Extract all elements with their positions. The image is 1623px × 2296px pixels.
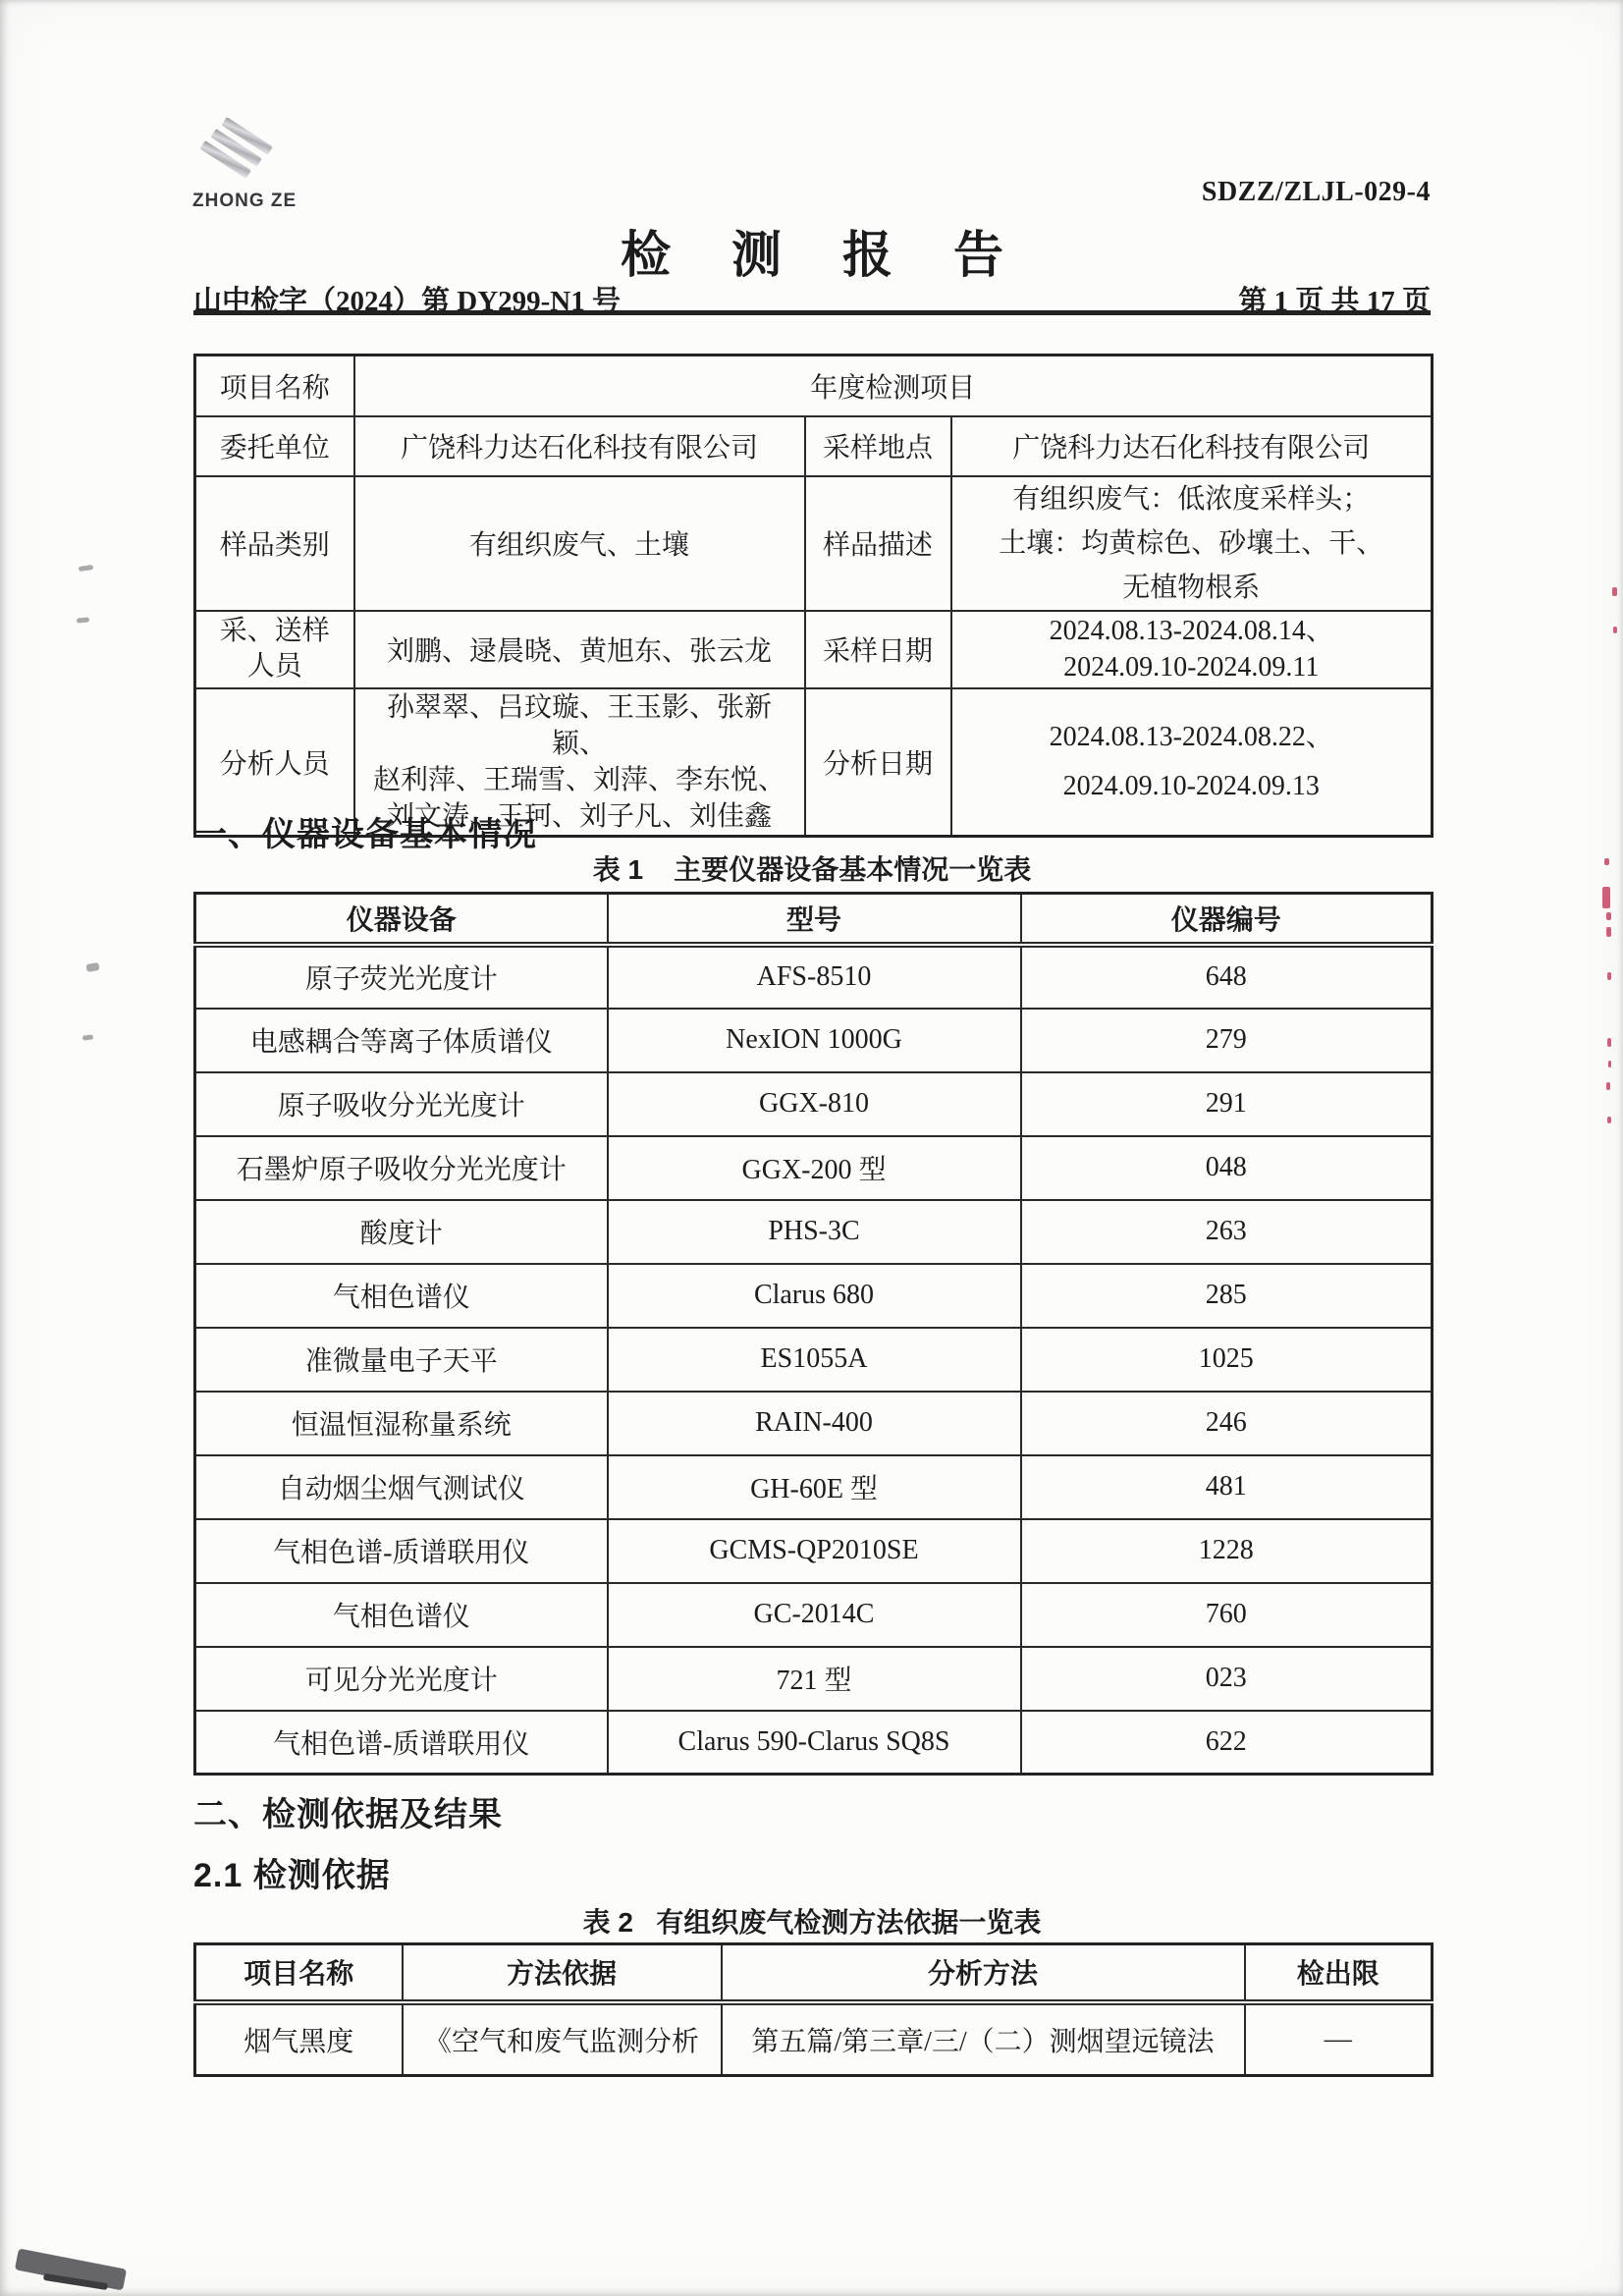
table-header-row: 仪器设备 型号 仪器编号 xyxy=(195,894,1433,945)
instrument-model: NexION 1000G xyxy=(608,1009,1021,1072)
instrument-name: 气相色谱仪 xyxy=(195,1583,608,1647)
info-value: 2024.08.13-2024.08.22、 2024.09.10-2024.0… xyxy=(951,688,1433,837)
table-row: 委托单位 广饶科力达石化科技有限公司 采样地点 广饶科力达石化科技有限公司 xyxy=(195,416,1433,476)
table-row: 准微量电子天平ES1055A1025 xyxy=(195,1328,1433,1392)
info-label: 分析日期 xyxy=(805,688,951,837)
red-stamp-mark xyxy=(1607,972,1611,980)
instrument-model: Clarus 680 xyxy=(608,1264,1021,1328)
instrument-name: 恒温恒湿称量系统 xyxy=(195,1392,608,1455)
table-row: 气相色谱-质谱联用仪Clarus 590-Clarus SQ8S622 xyxy=(195,1711,1433,1775)
instrument-model: GGX-810 xyxy=(608,1072,1021,1136)
instrument-name: 准微量电子天平 xyxy=(195,1328,608,1392)
scan-speck xyxy=(82,1034,93,1040)
parameter-name: 烟气黑度 xyxy=(195,2002,403,2076)
info-value: 有组织废气：低浓度采样头； 土壤：均黄棕色、砂壤土、干、 无植物根系 xyxy=(951,476,1433,611)
table-header-row: 项目名称 方法依据 分析方法 检出限 xyxy=(195,1944,1433,2002)
method-table: 项目名称 方法依据 分析方法 检出限 烟气黑度 《空气和废气监测分析 第五篇/第… xyxy=(193,1942,1434,2077)
info-value: 广饶科力达石化科技有限公司 xyxy=(354,416,805,476)
instrument-id: 1228 xyxy=(1021,1519,1433,1583)
instrument-id: 285 xyxy=(1021,1264,1433,1328)
instrument-name: 原子荧光光度计 xyxy=(195,945,608,1009)
instrument-model: GGX-200 型 xyxy=(608,1136,1021,1200)
table-row: 电感耦合等离子体质谱仪NexION 1000G279 xyxy=(195,1009,1433,1072)
table1-caption: 表 1 主要仪器设备基本情况一览表 xyxy=(193,848,1431,888)
instrument-model: AFS-8510 xyxy=(608,945,1021,1009)
info-value: 广饶科力达石化科技有限公司 xyxy=(951,416,1433,476)
info-label: 委托单位 xyxy=(195,416,354,476)
instrument-name: 气相色谱-质谱联用仪 xyxy=(195,1519,608,1583)
instrument-id: 1025 xyxy=(1021,1328,1433,1392)
table-row: 酸度计PHS-3C263 xyxy=(195,1200,1433,1264)
table-row: 原子吸收分光光度计GGX-810291 xyxy=(195,1072,1433,1136)
scan-speck xyxy=(77,617,89,623)
scan-speck xyxy=(79,565,94,572)
red-stamp-mark xyxy=(1607,1038,1611,1047)
instrument-model: PHS-3C xyxy=(608,1200,1021,1264)
table-row: 项目名称 年度检测项目 xyxy=(195,355,1433,416)
header-divider xyxy=(193,310,1431,315)
instrument-name: 酸度计 xyxy=(195,1200,608,1264)
red-stamp-mark xyxy=(1606,927,1611,937)
instrument-id: 048 xyxy=(1021,1136,1433,1200)
instrument-name: 气相色谱-质谱联用仪 xyxy=(195,1711,608,1775)
report-title: 检测报告 xyxy=(193,214,1431,287)
instrument-name: 石墨炉原子吸收分光光度计 xyxy=(195,1136,608,1200)
instrument-id: 622 xyxy=(1021,1711,1433,1775)
detection-limit: — xyxy=(1245,2002,1433,2076)
red-stamp-mark xyxy=(1613,627,1617,633)
table-row: 恒温恒湿称量系统RAIN-400246 xyxy=(195,1392,1433,1455)
instrument-model: Clarus 590-Clarus SQ8S xyxy=(608,1711,1021,1775)
instrument-id: 760 xyxy=(1021,1583,1433,1647)
instrument-id: 481 xyxy=(1021,1455,1433,1519)
red-stamp-mark xyxy=(1606,1082,1610,1090)
table-row: 烟气黑度 《空气和废气监测分析 第五篇/第三章/三/（二）测烟望远镜法 — xyxy=(195,2002,1433,2076)
instrument-name: 气相色谱仪 xyxy=(195,1264,608,1328)
instrument-name: 可见分光光度计 xyxy=(195,1647,608,1711)
table-row: 自动烟尘烟气测试仪GH-60E 型481 xyxy=(195,1455,1433,1519)
info-label: 项目名称 xyxy=(195,355,354,416)
report-page: ZHONG ZE SDZZ/ZLJL-029-4 检测报告 山中检字（2024）… xyxy=(0,0,1623,2296)
info-label: 样品类别 xyxy=(195,476,354,611)
instrument-model: GC-2014C xyxy=(608,1583,1021,1647)
table-row: 气相色谱仪GC-2014C760 xyxy=(195,1583,1433,1647)
instrument-id: 023 xyxy=(1021,1647,1433,1711)
info-value: 2024.08.13-2024.08.14、 2024.09.10-2024.0… xyxy=(951,611,1433,688)
red-stamp-mark xyxy=(1604,858,1609,865)
instrument-id: 291 xyxy=(1021,1072,1433,1136)
info-label: 样品描述 xyxy=(805,476,951,611)
info-label: 采样日期 xyxy=(805,611,951,688)
instrument-model: RAIN-400 xyxy=(608,1392,1021,1455)
table-row: 可见分光光度计721 型023 xyxy=(195,1647,1433,1711)
info-label: 采样地点 xyxy=(805,416,951,476)
subsection-heading-basis: 2.1 检测依据 xyxy=(193,1848,391,1896)
instrument-id: 648 xyxy=(1021,945,1433,1009)
instrument-id: 263 xyxy=(1021,1200,1433,1264)
section-heading-methods: 二、检测依据及结果 xyxy=(193,1787,503,1835)
sample-info-table: 项目名称 年度检测项目 委托单位 广饶科力达石化科技有限公司 采样地点 广饶科力… xyxy=(193,354,1434,838)
table2-caption: 表 2 有组织废气检测方法依据一览表 xyxy=(193,1901,1431,1941)
table-row: 气相色谱-质谱联用仪GCMS-QP2010SE1228 xyxy=(195,1519,1433,1583)
table-row: 采、送样 人员 刘鹏、逯晨晓、黄旭东、张云龙 采样日期 2024.08.13-2… xyxy=(195,611,1433,688)
instrument-model: GH-60E 型 xyxy=(608,1455,1021,1519)
column-header: 仪器设备 xyxy=(195,894,608,945)
instrument-id: 246 xyxy=(1021,1392,1433,1455)
instrument-name: 电感耦合等离子体质谱仪 xyxy=(195,1009,608,1072)
red-stamp-mark xyxy=(1608,1061,1611,1067)
instrument-table: 仪器设备 型号 仪器编号 原子荧光光度计AFS-8510648 电感耦合等离子体… xyxy=(193,892,1434,1776)
column-header: 方法依据 xyxy=(403,1944,722,2002)
info-value: 有组织废气、土壤 xyxy=(354,476,805,611)
scan-speck xyxy=(85,962,99,972)
document-code: SDZZ/ZLJL-029-4 xyxy=(1202,177,1431,208)
instrument-name: 原子吸收分光光度计 xyxy=(195,1072,608,1136)
column-header: 项目名称 xyxy=(195,1944,403,2002)
table-row: 石墨炉原子吸收分光光度计GGX-200 型048 xyxy=(195,1136,1433,1200)
column-header: 检出限 xyxy=(1245,1944,1433,2002)
info-value: 年度检测项目 xyxy=(354,355,1433,416)
column-header: 仪器编号 xyxy=(1021,894,1433,945)
column-header: 分析方法 xyxy=(722,1944,1245,2002)
instrument-name: 自动烟尘烟气测试仪 xyxy=(195,1455,608,1519)
instrument-model: GCMS-QP2010SE xyxy=(608,1519,1021,1583)
table-row: 原子荧光光度计AFS-8510648 xyxy=(195,945,1433,1009)
analysis-method: 第五篇/第三章/三/（二）测烟望远镜法 xyxy=(722,2002,1245,2076)
info-label: 采、送样 人员 xyxy=(195,611,354,688)
logo-wordmark: ZHONG ZE xyxy=(192,191,291,212)
red-stamp-mark xyxy=(1612,587,1617,596)
company-logo: ZHONG ZE xyxy=(192,110,291,212)
logo-stripes-icon xyxy=(199,110,284,187)
instrument-model: 721 型 xyxy=(608,1647,1021,1711)
instrument-model: ES1055A xyxy=(608,1328,1021,1392)
table-row: 样品类别 有组织废气、土壤 样品描述 有组织废气：低浓度采样头； 土壤：均黄棕色… xyxy=(195,476,1433,611)
instrument-id: 279 xyxy=(1021,1009,1433,1072)
info-value: 刘鹏、逯晨晓、黄旭东、张云龙 xyxy=(354,611,805,688)
red-stamp-mark xyxy=(1607,1117,1611,1123)
red-stamp-mark xyxy=(1602,887,1610,908)
table-row: 气相色谱仪Clarus 680285 xyxy=(195,1264,1433,1328)
method-basis: 《空气和废气监测分析 xyxy=(403,2002,722,2076)
red-stamp-mark xyxy=(1606,912,1611,920)
column-header: 型号 xyxy=(608,894,1021,945)
